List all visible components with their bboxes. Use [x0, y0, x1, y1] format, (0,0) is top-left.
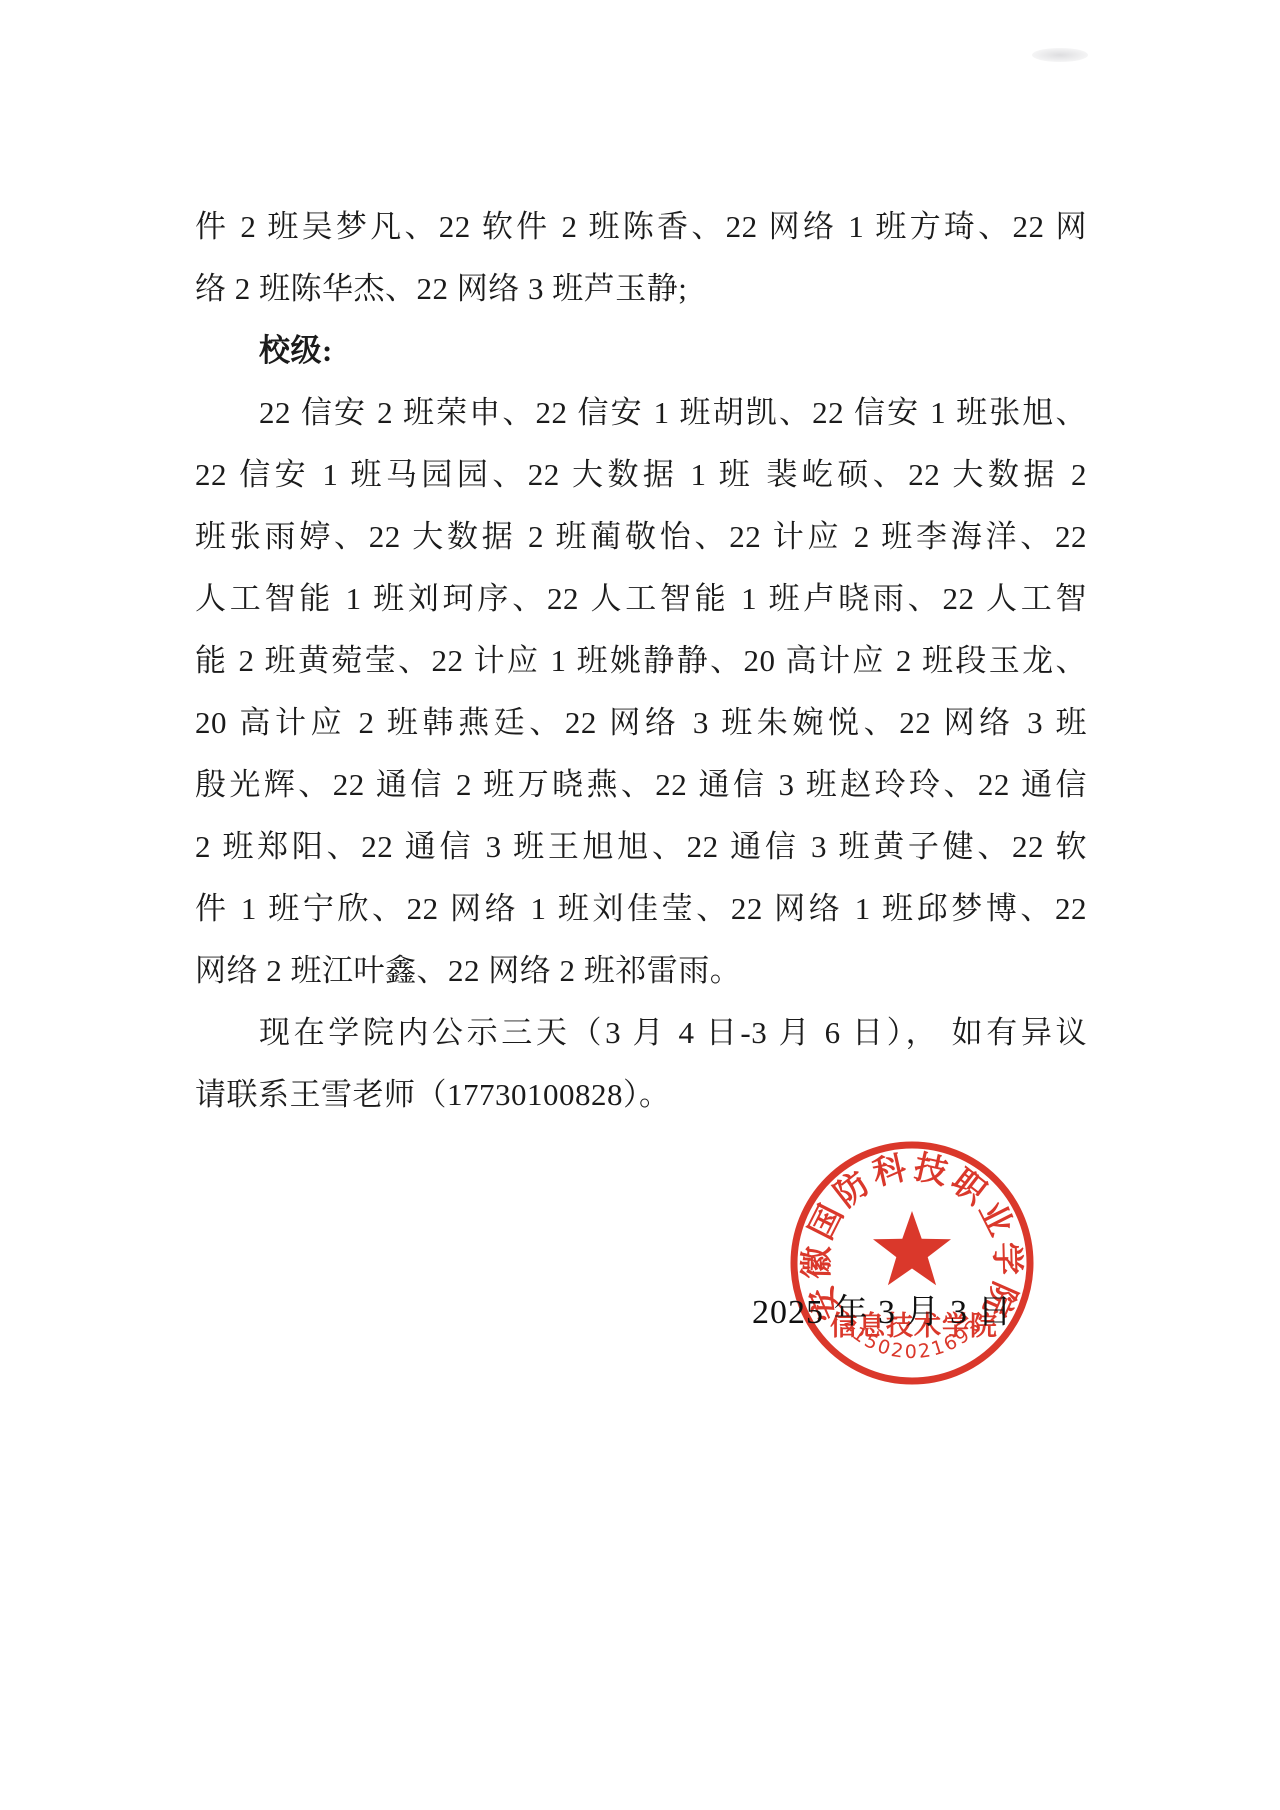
text-line: 2 班郑阳、22 通信 3 班王旭旭、22 通信 3 班黄子健、22 软 — [195, 816, 1087, 878]
text-line: 能 2 班黄菀莹、22 计应 1 班姚静静、20 高计应 2 班段玉龙、 — [195, 630, 1087, 692]
text-line: 20 高计应 2 班韩燕廷、22 网络 3 班朱婉悦、22 网络 3 班 — [195, 692, 1087, 754]
text-line: 络 2 班陈华杰、22 网络 3 班芦玉静; — [195, 258, 1087, 320]
document-page: 件 2 班吴梦凡、22 软件 2 班陈香、22 网络 1 班方琦、22 网 络 … — [0, 0, 1280, 1810]
text-line: 22 信安 2 班荣申、22 信安 1 班胡凯、22 信安 1 班张旭、 — [195, 382, 1087, 444]
text-line: 件 1 班宁欣、22 网络 1 班刘佳莹、22 网络 1 班邱梦博、22 — [195, 878, 1087, 940]
stamp-star-icon — [873, 1211, 951, 1285]
section-heading: 校级: — [195, 320, 1087, 382]
text-line: 件 2 班吴梦凡、22 软件 2 班陈香、22 网络 1 班方琦、22 网 — [195, 196, 1087, 258]
text-line: 现在学院内公示三天（3 月 4 日-3 月 6 日）， 如有异议 — [195, 1002, 1087, 1064]
text-line: 殷光辉、22 通信 2 班万晓燕、22 通信 3 班赵玲玲、22 通信 — [195, 754, 1087, 816]
official-seal-stamp: 安徽国防科技职业学院 信息技术学院 3415020216930 — [762, 1113, 1062, 1413]
date-line: 2025 年 3 月 3 日 — [752, 1284, 1013, 1333]
scan-smudge-artifact — [1032, 48, 1088, 62]
text-line: 网络 2 班江叶鑫、22 网络 2 班祁雷雨。 — [195, 940, 1087, 1002]
text-line: 人工智能 1 班刘珂序、22 人工智能 1 班卢晓雨、22 人工智 — [195, 568, 1087, 630]
text-line: 班张雨婷、22 大数据 2 班蔺敬怡、22 计应 2 班李海洋、22 — [195, 506, 1087, 568]
body-text: 件 2 班吴梦凡、22 软件 2 班陈香、22 网络 1 班方琦、22 网 络 … — [195, 196, 1087, 1126]
text-line: 22 信安 1 班马园园、22 大数据 1 班 裴屹硕、22 大数据 2 — [195, 444, 1087, 506]
